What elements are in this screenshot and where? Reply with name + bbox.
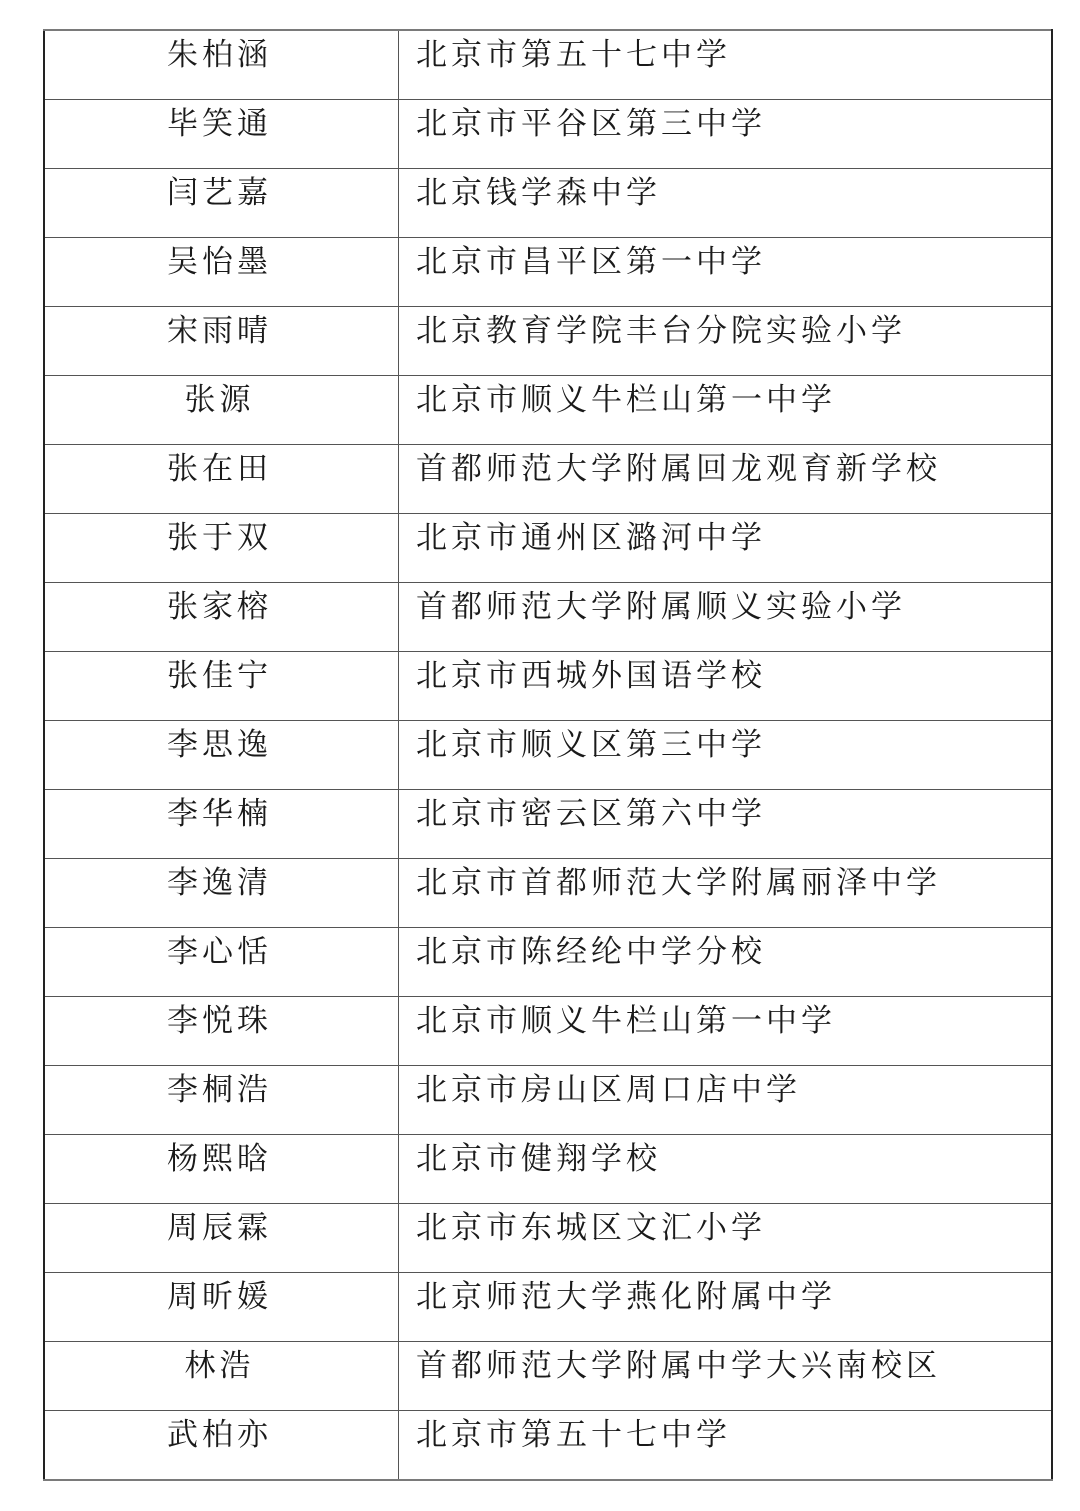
student-name: 张在田	[41, 445, 398, 485]
name-cell: 张于双	[44, 514, 399, 583]
school-name: 北京市顺义牛栏山第一中学	[416, 997, 1051, 1037]
table-body: 朱柏涵北京市第五十七中学 毕笑通北京市平谷区第三中学 闫艺嘉北京钱学森中学 吴怡…	[44, 30, 1052, 1480]
school-cell: 北京市首都师范大学附属丽泽中学	[399, 859, 1053, 928]
student-name: 张家榕	[41, 583, 398, 623]
school-cell: 北京钱学森中学	[399, 169, 1053, 238]
table-row: 朱柏涵北京市第五十七中学	[44, 30, 1052, 100]
school-cell: 北京市顺义牛栏山第一中学	[399, 997, 1053, 1066]
table-row: 毕笑通北京市平谷区第三中学	[44, 100, 1052, 169]
name-cell: 李思逸	[44, 721, 399, 790]
student-name: 朱柏涵	[41, 31, 398, 71]
school-name: 首都师范大学附属中学大兴南校区	[416, 1342, 1051, 1382]
school-name: 北京市顺义区第三中学	[416, 721, 1051, 761]
name-cell: 武柏亦	[44, 1411, 399, 1481]
student-name: 李思逸	[41, 721, 398, 761]
school-cell: 北京师范大学燕化附属中学	[399, 1273, 1053, 1342]
name-cell: 闫艺嘉	[44, 169, 399, 238]
name-cell: 吴怡墨	[44, 238, 399, 307]
school-name: 北京市密云区第六中学	[416, 790, 1051, 830]
table-row: 张于双北京市通州区潞河中学	[44, 514, 1052, 583]
school-name: 北京市西城外国语学校	[416, 652, 1051, 692]
name-cell: 周昕媛	[44, 1273, 399, 1342]
name-cell: 朱柏涵	[44, 30, 399, 100]
student-name: 周辰霖	[41, 1204, 398, 1244]
school-name: 北京市健翔学校	[416, 1135, 1051, 1175]
table-row: 李华楠北京市密云区第六中学	[44, 790, 1052, 859]
school-cell: 北京市平谷区第三中学	[399, 100, 1053, 169]
table-row: 张在田首都师范大学附属回龙观育新学校	[44, 445, 1052, 514]
school-cell: 北京市第五十七中学	[399, 1411, 1053, 1481]
name-cell: 张源	[44, 376, 399, 445]
school-name: 北京市顺义牛栏山第一中学	[416, 376, 1051, 416]
student-name: 李心恬	[41, 928, 398, 968]
school-name: 北京钱学森中学	[416, 169, 1051, 209]
name-cell: 李华楠	[44, 790, 399, 859]
name-cell: 毕笑通	[44, 100, 399, 169]
student-name: 宋雨晴	[41, 307, 398, 347]
name-school-table: 朱柏涵北京市第五十七中学 毕笑通北京市平谷区第三中学 闫艺嘉北京钱学森中学 吴怡…	[43, 29, 1053, 1481]
school-cell: 北京市第五十七中学	[399, 30, 1053, 100]
student-name: 张佳宁	[41, 652, 398, 692]
school-name: 北京市东城区文汇小学	[416, 1204, 1051, 1244]
school-cell: 北京市顺义牛栏山第一中学	[399, 376, 1053, 445]
table-row: 李悦珠北京市顺义牛栏山第一中学	[44, 997, 1052, 1066]
school-cell: 北京市昌平区第一中学	[399, 238, 1053, 307]
student-name: 吴怡墨	[41, 238, 398, 278]
name-cell: 宋雨晴	[44, 307, 399, 376]
school-cell: 北京教育学院丰台分院实验小学	[399, 307, 1053, 376]
school-name: 北京市房山区周口店中学	[416, 1066, 1051, 1106]
school-name: 北京市通州区潞河中学	[416, 514, 1051, 554]
school-cell: 北京市房山区周口店中学	[399, 1066, 1053, 1135]
student-name: 张源	[41, 376, 398, 416]
name-cell: 杨熙晗	[44, 1135, 399, 1204]
name-cell: 林浩	[44, 1342, 399, 1411]
school-name: 首都师范大学附属回龙观育新学校	[416, 445, 1051, 485]
student-name: 闫艺嘉	[41, 169, 398, 209]
student-name: 武柏亦	[41, 1411, 398, 1451]
name-cell: 李心恬	[44, 928, 399, 997]
student-name: 李桐浩	[41, 1066, 398, 1106]
school-name: 北京市第五十七中学	[416, 31, 1051, 71]
student-name: 李华楠	[41, 790, 398, 830]
table-row: 闫艺嘉北京钱学森中学	[44, 169, 1052, 238]
name-cell: 张佳宁	[44, 652, 399, 721]
school-cell: 首都师范大学附属顺义实验小学	[399, 583, 1053, 652]
table-row: 宋雨晴北京教育学院丰台分院实验小学	[44, 307, 1052, 376]
table-row: 李思逸北京市顺义区第三中学	[44, 721, 1052, 790]
school-name: 北京师范大学燕化附属中学	[416, 1273, 1051, 1313]
school-cell: 北京市顺义区第三中学	[399, 721, 1053, 790]
school-cell: 北京市陈经纶中学分校	[399, 928, 1053, 997]
name-cell: 张家榕	[44, 583, 399, 652]
school-cell: 北京市西城外国语学校	[399, 652, 1053, 721]
table-row: 张源北京市顺义牛栏山第一中学	[44, 376, 1052, 445]
school-name: 北京市陈经纶中学分校	[416, 928, 1051, 968]
table-row: 林浩首都师范大学附属中学大兴南校区	[44, 1342, 1052, 1411]
school-name: 北京市首都师范大学附属丽泽中学	[416, 859, 1051, 899]
school-name: 首都师范大学附属顺义实验小学	[416, 583, 1051, 623]
school-name: 北京市平谷区第三中学	[416, 100, 1051, 140]
table-row: 李逸清北京市首都师范大学附属丽泽中学	[44, 859, 1052, 928]
school-cell: 北京市通州区潞河中学	[399, 514, 1053, 583]
table-row: 武柏亦北京市第五十七中学	[44, 1411, 1052, 1481]
school-cell: 首都师范大学附属回龙观育新学校	[399, 445, 1053, 514]
student-name: 张于双	[41, 514, 398, 554]
student-name: 李悦珠	[41, 997, 398, 1037]
student-name: 林浩	[41, 1342, 398, 1382]
school-name: 北京市第五十七中学	[416, 1411, 1051, 1451]
school-cell: 首都师范大学附属中学大兴南校区	[399, 1342, 1053, 1411]
student-name: 李逸清	[41, 859, 398, 899]
school-cell: 北京市密云区第六中学	[399, 790, 1053, 859]
name-cell: 张在田	[44, 445, 399, 514]
table-row: 杨熙晗北京市健翔学校	[44, 1135, 1052, 1204]
name-cell: 李桐浩	[44, 1066, 399, 1135]
student-name: 周昕媛	[41, 1273, 398, 1313]
table-row: 周昕媛北京师范大学燕化附属中学	[44, 1273, 1052, 1342]
name-cell: 李悦珠	[44, 997, 399, 1066]
name-cell: 李逸清	[44, 859, 399, 928]
school-cell: 北京市健翔学校	[399, 1135, 1053, 1204]
school-name: 北京市昌平区第一中学	[416, 238, 1051, 278]
table-row: 李心恬北京市陈经纶中学分校	[44, 928, 1052, 997]
table-row: 张佳宁北京市西城外国语学校	[44, 652, 1052, 721]
student-name: 毕笑通	[41, 100, 398, 140]
table-row: 周辰霖北京市东城区文汇小学	[44, 1204, 1052, 1273]
student-name: 杨熙晗	[41, 1135, 398, 1175]
name-school-table-container: 朱柏涵北京市第五十七中学 毕笑通北京市平谷区第三中学 闫艺嘉北京钱学森中学 吴怡…	[43, 29, 1053, 1481]
school-cell: 北京市东城区文汇小学	[399, 1204, 1053, 1273]
table-row: 张家榕首都师范大学附属顺义实验小学	[44, 583, 1052, 652]
table-row: 吴怡墨北京市昌平区第一中学	[44, 238, 1052, 307]
table-row: 李桐浩北京市房山区周口店中学	[44, 1066, 1052, 1135]
school-name: 北京教育学院丰台分院实验小学	[416, 307, 1051, 347]
name-cell: 周辰霖	[44, 1204, 399, 1273]
